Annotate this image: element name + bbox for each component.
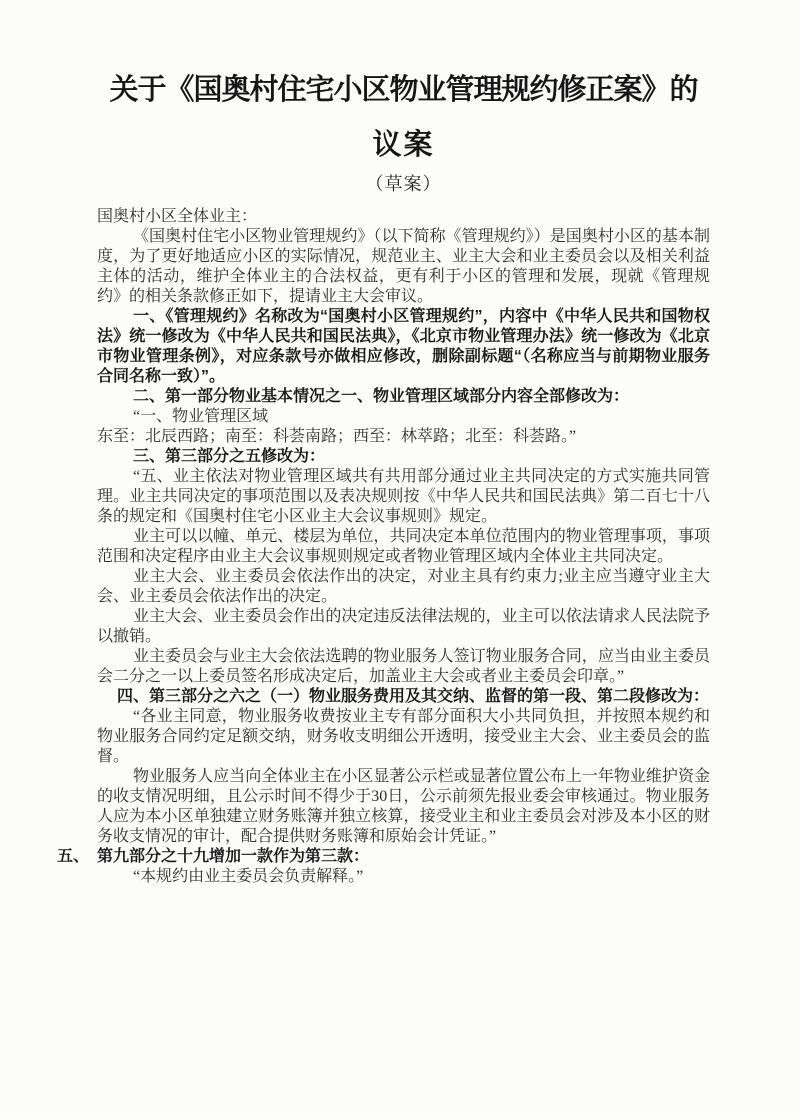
paragraph: 业主委员会与业主大会依法选聘的物业服务人签订物业服务合同，应当由业主委员会二分之… <box>97 647 710 687</box>
item-number: 五、 <box>57 847 89 867</box>
paragraph: 一、《管理规约》名称改为“国奥村小区管理规约”，内容中《中华人民共和国物权法》统… <box>97 307 710 387</box>
paragraph: 业主大会、业主委员会依法作出的决定，对业主具有约束力;业主应当遵守业主大会、业主… <box>97 567 710 607</box>
document-title-line1: 关于《国奥村住宅小区物业管理规约修正案》的 <box>97 72 710 108</box>
document-title: 关于《国奥村住宅小区物业管理规约修正案》的 议案 <box>97 72 710 162</box>
paragraph: “本规约由业主委员会负责解释。” <box>97 867 710 887</box>
paragraph: “各业主同意，物业服务收费按业主专有部分面积大小共同负担，并按照本规约和物业服务… <box>97 707 710 767</box>
paragraph: 四、第三部分之六之（一）物业服务费用及其交纳、监督的第一段、第二段修改为： <box>97 687 710 707</box>
paragraph: 业主大会、业主委员会作出的决定违反法律法规的，业主可以依法请求人民法院予以撤销。 <box>97 607 710 647</box>
paragraph: 业主可以以幢、单元、楼层为单位，共同决定本单位范围内的物业管理事项，事项范围和决… <box>97 527 710 567</box>
document-page: 关于《国奥村住宅小区物业管理规约修正案》的 议案 （草案） 国奥村小区全体业主：… <box>0 0 800 1119</box>
paragraph: “一、物业管理区域 <box>97 407 710 427</box>
document-body: 国奥村小区全体业主：《国奥村住宅小区物业管理规约》（以下简称《管理规约》）是国奥… <box>97 207 710 887</box>
paragraph: 《国奥村住宅小区物业管理规约》（以下简称《管理规约》）是国奥村小区的基本制度，为… <box>97 227 710 307</box>
paragraph: 三、第三部分之五修改为： <box>97 447 710 467</box>
paragraph: 物业服务人应当向全体业主在小区显著公示栏或显著位置公布上一年物业维护资金的收支情… <box>97 767 710 847</box>
document-subtitle: （草案） <box>97 172 710 196</box>
document-content: 关于《国奥村住宅小区物业管理规约修正案》的 议案 （草案） 国奥村小区全体业主：… <box>97 72 710 887</box>
numbered-item: 五、第九部分之十九增加一款作为第三款： <box>97 847 710 867</box>
paragraph: 东至：北辰西路；南至：科荟南路；西至：林萃路；北至：科荟路。” <box>97 427 710 447</box>
document-title-line2: 议案 <box>97 128 710 162</box>
item-heading: 第九部分之十九增加一款作为第三款： <box>97 848 369 865</box>
paragraph: 国奥村小区全体业主： <box>97 207 710 227</box>
paragraph: 二、第一部分物业基本情况之一、物业管理区域部分内容全部修改为： <box>97 387 710 407</box>
paragraph: “五、业主依法对物业管理区域共有共用部分通过业主共同决定的方式实施共同管理。业主… <box>97 467 710 527</box>
